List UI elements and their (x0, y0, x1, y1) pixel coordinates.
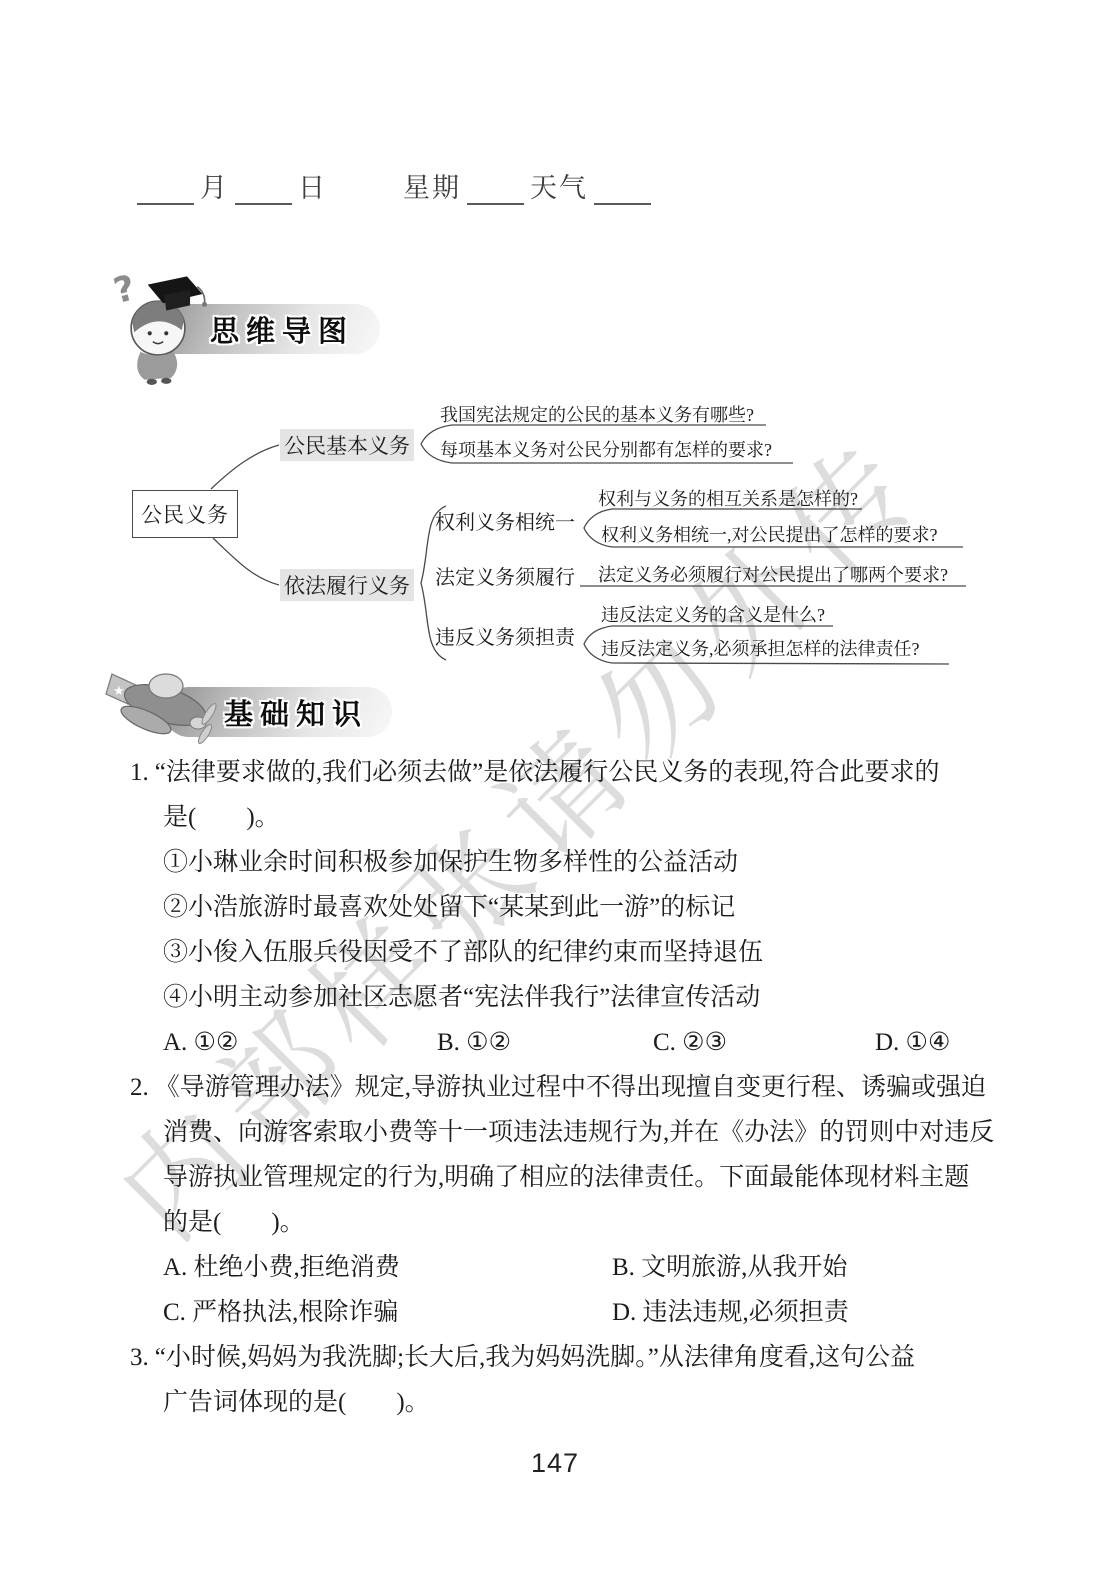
mindmap-branch2-node: 依法履行义务 (280, 569, 414, 601)
month-blank (137, 170, 194, 205)
weather-label: 天气 (530, 166, 588, 205)
student-mascot-icon: ? (106, 264, 210, 386)
mindmap-question: 法定义务必须履行对公民提出了哪两个要求? (598, 561, 948, 587)
month-label: 月 (200, 166, 229, 205)
question-2-line-4: 的是( )。 (120, 1200, 1025, 1245)
question-2-text: 《导游管理办法》规定,导游执业过程中不得出现擅自变更行程、诱骗或强迫 (155, 1074, 986, 1101)
choice-d: D. 违法违规,必须担责 (612, 1290, 849, 1335)
choice-c: C. ②③ (653, 1020, 727, 1065)
question-2-number: 2. (130, 1065, 149, 1110)
choice-a: A. 杜绝小费,拒绝消费 (163, 1245, 400, 1290)
question-1-item-3: ③小俊入伍服兵役因受不了部队的纪律约束而坚持退伍 (120, 930, 1025, 975)
question-2-choices-ab: A. 杜绝小费,拒绝消费 B. 文明旅游,从我开始 (120, 1245, 1025, 1290)
question-2-line-2: 消费、向游客索取小费等十一项违法违规行为,并在《办法》的罚则中对违反 (120, 1110, 1025, 1155)
question-1-text: “法律要求做的,我们必须去做”是依法履行公民义务的表现,符合此要求的 (155, 759, 940, 786)
choice-b: B. 文明旅游,从我开始 (612, 1245, 847, 1290)
mindmap-header-label: 思维导图 (210, 309, 354, 350)
mindmap-question: 权利义务相统一,对公民提出了怎样的要求? (601, 521, 938, 547)
question-1-item-1: ①小琳业余时间积极参加保护生物多样性的公益活动 (120, 840, 1025, 885)
mindmap-sub2-node: 法定义务须履行 (435, 561, 575, 590)
mindmap-root-node: 公民义务 (132, 490, 238, 538)
question-1-line-1: 1.“法律要求做的,我们必须去做”是依法履行公民义务的表现,符合此要求的 (120, 750, 1025, 795)
question-1-item-4: ④小明主动参加社区志愿者“宪法伴我行”法律宣传活动 (120, 975, 1025, 1020)
question-1-choices: A. ①② B. ①② C. ②③ D. ①④ (120, 1020, 1025, 1065)
airplane-icon: ★ (102, 648, 224, 748)
question-1-line-2: 是( )。 (120, 795, 1025, 840)
mindmap-sub1-node: 权利义务相统一 (435, 506, 575, 535)
question-3-line-1: 3.“小时候,妈妈为我洗脚;长大后,我为妈妈洗脚。”从法律角度看,这句公益 (120, 1335, 1025, 1380)
question-2-line-1: 2.《导游管理办法》规定,导游执业过程中不得出现擅自变更行程、诱骗或强迫 (120, 1065, 1025, 1110)
question-2-line-3: 导游执业管理规定的行为,明确了相应的法律责任。下面最能体现材料主题 (120, 1155, 1025, 1200)
question-3-text: “小时候,妈妈为我洗脚;长大后,我为妈妈洗脚。”从法律角度看,这句公益 (155, 1344, 915, 1371)
workbook-page: 内部样张请勿外传 月 日 星期 天气 思维导图 ? (0, 0, 1110, 1571)
mindmap-question: 我国宪法规定的公民的基本义务有哪些? (440, 401, 754, 427)
week-blank (467, 170, 524, 205)
basics-header-label: 基础知识 (224, 692, 368, 733)
choice-a: A. ①② (163, 1020, 238, 1065)
question-1-item-2: ②小浩旅游时最喜欢处处留下“某某到此一游”的标记 (120, 885, 1025, 930)
question-1-number: 1. (130, 750, 149, 795)
svg-text:★: ★ (113, 684, 125, 699)
page-number: 147 (0, 1448, 1110, 1479)
choice-c: C. 严格执法,根除诈骗 (163, 1290, 398, 1335)
choice-d: D. ①④ (875, 1020, 950, 1065)
mindmap-question: 违反法定义务,必须承担怎样的法律责任? (601, 635, 920, 661)
weather-blank (594, 170, 651, 205)
mindmap-question: 违反法定义务的含义是什么? (601, 601, 825, 627)
questions-area: 1.“法律要求做的,我们必须去做”是依法履行公民义务的表现,符合此要求的 是( … (120, 750, 1025, 1425)
week-label: 星期 (403, 166, 461, 205)
choice-b: B. ①② (437, 1020, 511, 1065)
mindmap-question: 权利与义务的相互关系是怎样的? (598, 485, 858, 511)
svg-text:?: ? (110, 267, 140, 312)
mindmap-branch1-node: 公民基本义务 (280, 429, 414, 461)
date-line: 月 日 星期 天气 (131, 166, 657, 205)
mindmap-sub3-node: 违反义务须担责 (435, 621, 575, 650)
question-2-choices-cd: C. 严格执法,根除诈骗 D. 违法违规,必须担责 (120, 1290, 1025, 1335)
day-label: 日 (298, 166, 327, 205)
question-3-line-2: 广告词体现的是( )。 (120, 1380, 1025, 1425)
mindmap-question: 每项基本义务对公民分别都有怎样的要求? (440, 436, 772, 462)
day-blank (235, 170, 292, 205)
question-3-number: 3. (130, 1335, 149, 1380)
